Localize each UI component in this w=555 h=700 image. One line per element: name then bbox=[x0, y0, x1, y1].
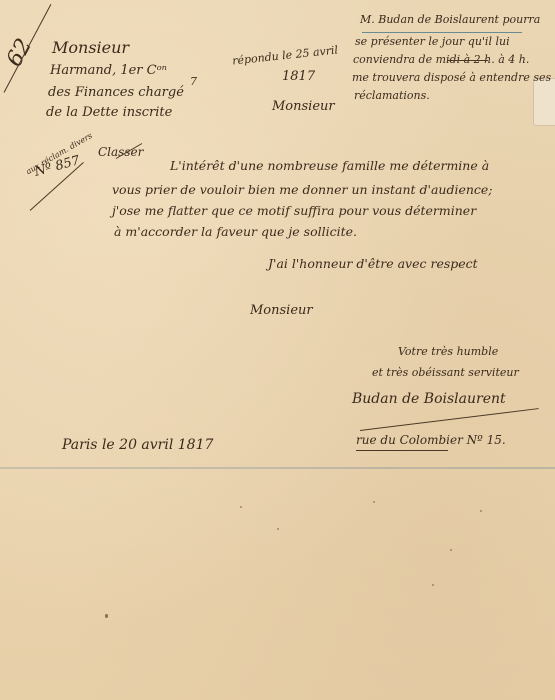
paper-spot bbox=[105, 614, 108, 618]
body-line-3: j'ose me flatter que ce motif suffira po… bbox=[112, 205, 476, 218]
recipient-department: de la Dette inscrite bbox=[46, 106, 172, 119]
signature-address: rue du Colombier Nº 15. bbox=[356, 434, 506, 446]
signature: Budan de Boislaurent bbox=[352, 392, 506, 406]
body-line-1: L'intérêt d'une nombreuse famille me dét… bbox=[170, 160, 489, 173]
paper-spot bbox=[240, 506, 242, 508]
annotation-line-5: réclamations. bbox=[354, 90, 430, 101]
reply-date-line: répondu le 25 avril bbox=[232, 44, 339, 66]
closing-salutation: Monsieur bbox=[250, 304, 313, 317]
body-line-2: vous prier de vouloir bien me donner un … bbox=[112, 184, 493, 197]
paper-spot bbox=[432, 584, 434, 586]
recipient-name: Harmand, 1er Cᵒⁿ bbox=[50, 64, 167, 77]
paper-spot bbox=[277, 528, 279, 530]
paper-spot bbox=[480, 510, 482, 512]
greeting-top: Monsieur bbox=[272, 100, 335, 113]
recipient-superscript: 7 bbox=[190, 76, 197, 87]
annotation-line-2: se présenter le jour qu'il lui bbox=[355, 36, 510, 47]
recipient-office: des Finances chargé bbox=[48, 86, 184, 99]
letter-page: 62 Monsieur Harmand, 1er Cᵒⁿ 7 des Finan… bbox=[0, 0, 555, 700]
reply-year: 1817 bbox=[282, 70, 315, 83]
fold-line bbox=[0, 467, 555, 469]
paper-patch bbox=[533, 78, 555, 126]
body-line-4: à m'accorder la faveur que je sollicite. bbox=[114, 226, 357, 239]
annotation-rule bbox=[362, 32, 522, 33]
place-date: Paris le 20 avril 1817 bbox=[62, 438, 213, 452]
address-underline bbox=[356, 450, 448, 451]
paper-spot bbox=[450, 549, 452, 551]
signature-flourish bbox=[360, 408, 539, 431]
signature-line-2: et très obéissant serviteur bbox=[372, 367, 519, 378]
annotation-line-1: M. Budan de Boislaurent pourra bbox=[360, 14, 540, 25]
annotation-strikethrough bbox=[448, 60, 488, 61]
closing-formula: J'ai l'honneur d'être avec respect bbox=[268, 258, 478, 271]
signature-line-1: Votre très humble bbox=[398, 346, 498, 357]
recipient-title: Monsieur bbox=[52, 40, 129, 56]
annotation-line-3: conviendra de midi à 2 h. à 4 h. bbox=[353, 54, 529, 65]
paper-spot bbox=[373, 501, 375, 503]
annotation-line-4: me trouvera disposé à entendre ses bbox=[352, 72, 551, 83]
